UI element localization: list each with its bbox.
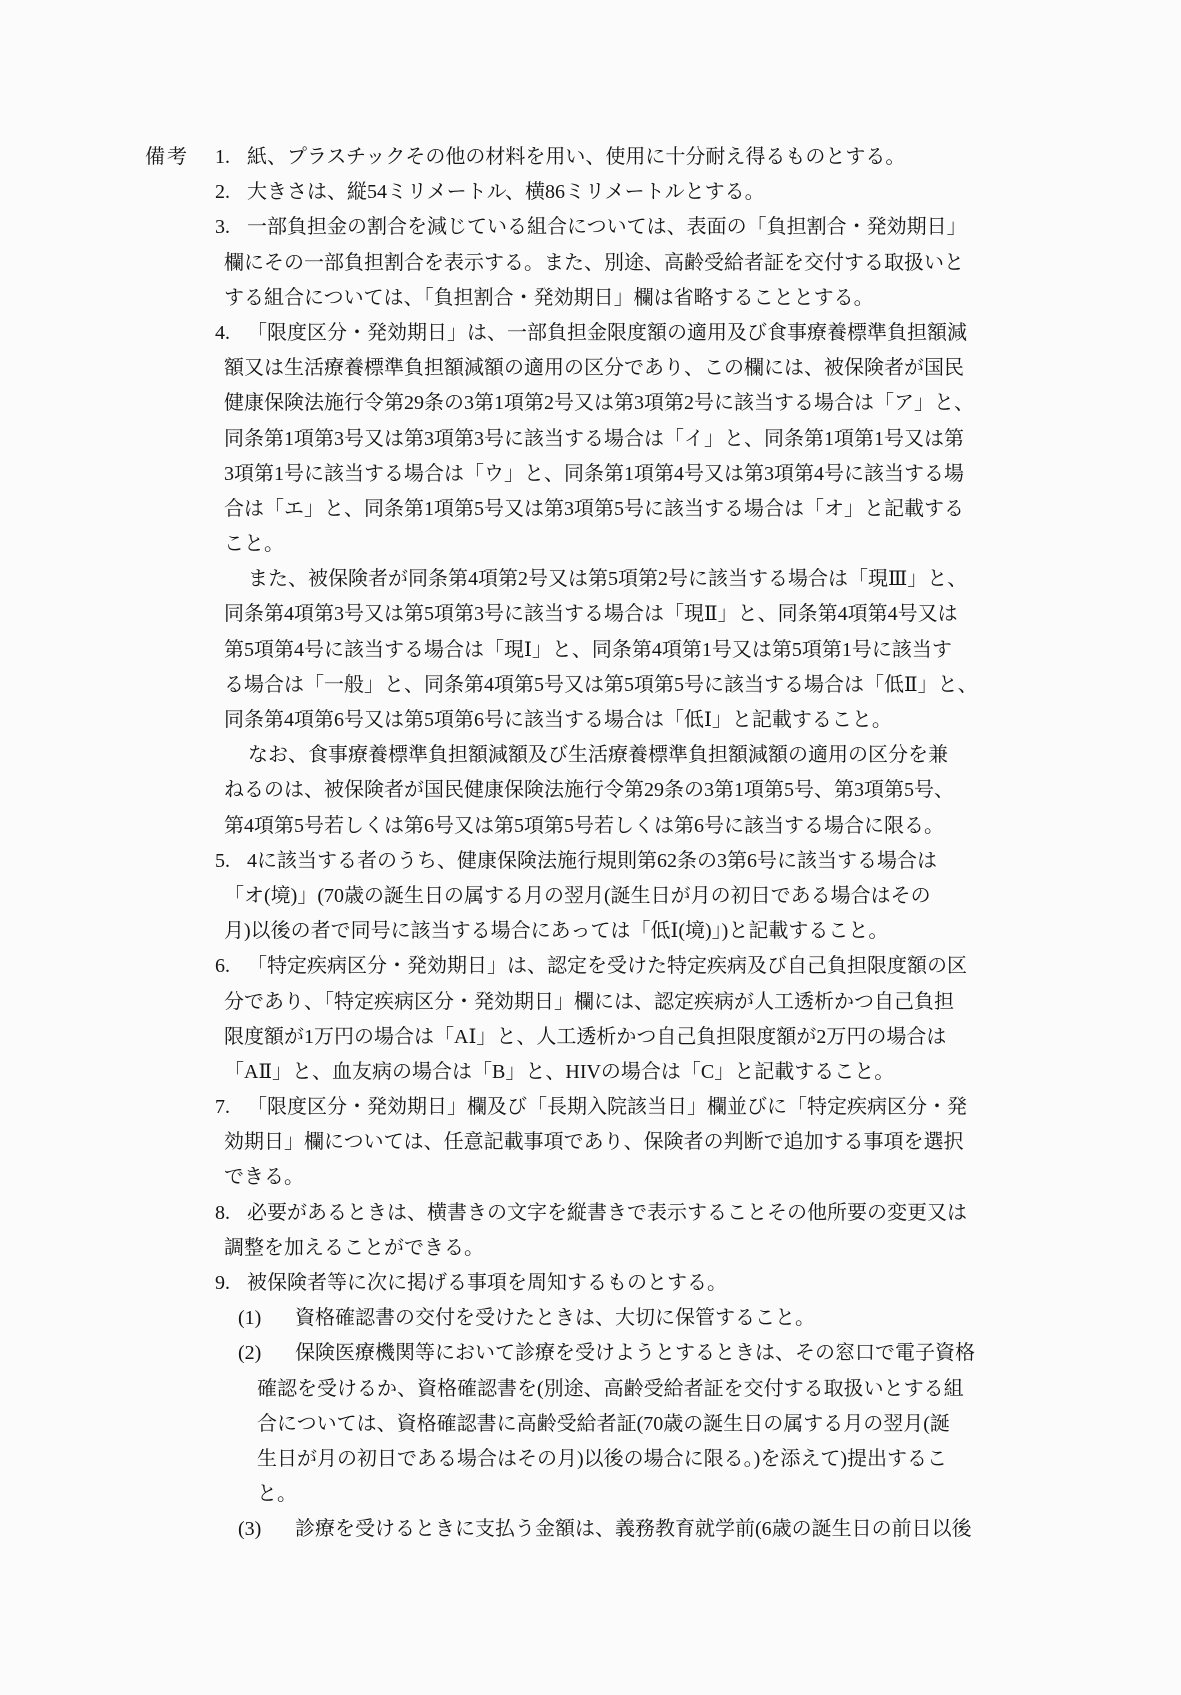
line-text: する組合については、「負担割合・発効期日」欄は省略することとする。 xyxy=(224,287,874,309)
line-text: 限度額が1万円の場合は「AⅠ」と、人工透析かつ自己負担限度額が2万円の場合は xyxy=(224,1026,946,1048)
line-text: 「限度区分・発効期日」は、一部負担金限度額の適用及び食事療養標準負担額減 xyxy=(247,322,967,344)
line-text: 必要があるときは、横書きの文字を縦書きで表示することその他所要の変更又は xyxy=(247,1202,967,1224)
text-line: (1)資格確認書の交付を受けたときは、大切に保管すること。 xyxy=(238,1301,1181,1336)
line-text: 分であり、「特定疾病区分・発効期日」欄には、認定疾病が人工透析かつ自己負担 xyxy=(224,991,954,1013)
text-line: 効期日」欄については、任意記載事項であり、保険者の判断で追加する事項を選択 xyxy=(224,1125,1181,1160)
line-text: 合については、資格確認書に高齢受給者証(70歳の誕生日の属する月の翌月(誕 xyxy=(257,1413,950,1435)
text-line: 9.被保険者等に次に掲げる事項を周知するものとする。 xyxy=(215,1266,1181,1301)
text-line: 3.一部負担金の割合を減じている組合については、表面の「負担割合・発効期日」 xyxy=(215,210,1181,245)
text-line: 調整を加えることができる。 xyxy=(224,1231,1181,1266)
text-line: 「AⅡ」と、血友病の場合は「B」と、HIVの場合は「C」と記載すること。 xyxy=(224,1055,1181,1090)
item-number: (2) xyxy=(238,1336,295,1371)
text-line: 7.「限度区分・発効期日」欄及び「長期入院該当日」欄並びに「特定疾病区分・発 xyxy=(215,1090,1181,1125)
text-line: (3)診療を受けるときに支払う金額は、義務教育就学前(6歳の誕生日の前日以後 xyxy=(238,1512,1181,1547)
item-number: 3. xyxy=(215,210,247,245)
text-line: なお、食事療養標準負担額減額及び生活療養標準負担額減額の適用の区分を兼 xyxy=(248,738,1181,773)
line-text: 保険医療機関等において診療を受けようとするときは、その窓口で電子資格 xyxy=(295,1342,975,1364)
line-text: 「特定疾病区分・発効期日」は、認定を受けた特定疾病及び自己負担限度額の区 xyxy=(247,955,967,977)
line-text: できる。 xyxy=(224,1166,304,1188)
item-number: 6. xyxy=(215,949,247,984)
line-text: 合は「エ」と、同条第1項第5号又は第3項第5号に該当する場合は「オ」と記載する xyxy=(224,498,964,520)
text-line: 合は「エ」と、同条第1項第5号又は第3項第5号に該当する場合は「オ」と記載する xyxy=(224,492,1181,527)
text-line: ねるのは、被保険者が国民健康保険法施行令第29条の3第1項第5号、第3項第5号、 xyxy=(224,773,1181,808)
document-page: 備考 1.紙、プラスチックその他の材料を用い、使用に十分耐え得るものとする。2.… xyxy=(0,0,1181,1695)
text-line: 健康保険法施行令第29条の3第1項第2号又は第3項第2号に該当する場合は「ア」と… xyxy=(224,386,1181,421)
item-number: 7. xyxy=(215,1090,247,1125)
line-text: ねるのは、被保険者が国民健康保険法施行令第29条の3第1項第5号、第3項第5号、 xyxy=(224,779,954,801)
text-line: (2)保険医療機関等において診療を受けようとするときは、その窓口で電子資格 xyxy=(238,1336,1181,1371)
text-line: 同条第4項第3号又は第5項第3号に該当する場合は「現Ⅱ」と、同条第4項第4号又は xyxy=(224,597,1181,632)
text-line: できる。 xyxy=(224,1160,1181,1195)
line-text: 「限度区分・発効期日」欄及び「長期入院該当日」欄並びに「特定疾病区分・発 xyxy=(247,1096,967,1118)
text-line: また、被保険者が同条第4項第2号又は第5項第2号に該当する場合は「現Ⅲ」と、 xyxy=(248,562,1181,597)
item-number: (1) xyxy=(238,1301,295,1336)
text-line: 2.大きさは、縦54ミリメートル、横86ミリメートルとする。 xyxy=(215,175,1181,210)
line-text: 同条第4項第6号又は第5項第6号に該当する場合は「低Ⅰ」と記載すること。 xyxy=(224,709,892,731)
document-body: 1.紙、プラスチックその他の材料を用い、使用に十分耐え得るものとする。2.大きさ… xyxy=(0,140,1181,1548)
text-line: する組合については、「負担割合・発効期日」欄は省略することとする。 xyxy=(224,281,1181,316)
text-line: 同条第4項第6号又は第5項第6号に該当する場合は「低Ⅰ」と記載すること。 xyxy=(224,703,1181,738)
item-number: 4. xyxy=(215,316,247,351)
text-line: 6.「特定疾病区分・発効期日」は、認定を受けた特定疾病及び自己負担限度額の区 xyxy=(215,949,1181,984)
text-line: 月)以後の者で同号に該当する場合にあっては「低Ⅰ(境)」)と記載すること。 xyxy=(224,914,1181,949)
line-text: 健康保険法施行令第29条の3第1項第2号又は第3項第2号に該当する場合は「ア」と… xyxy=(224,392,974,414)
text-line: 欄にその一部負担割合を表示する。また、別途、高齢受給者証を交付する取扱いと xyxy=(224,246,1181,281)
text-line: 限度額が1万円の場合は「AⅠ」と、人工透析かつ自己負担限度額が2万円の場合は xyxy=(224,1020,1181,1055)
line-text: 確認を受けるか、資格確認書を(別途、高齢受給者証を交付する取扱いとする組 xyxy=(257,1378,964,1400)
text-line: 額又は生活療養標準負担額減額の適用の区分であり、この欄には、被保険者が国民 xyxy=(224,351,1181,386)
line-text: 生日が月の初日である場合はその月)以後の場合に限る。)を添えて)提出するこ xyxy=(257,1448,947,1470)
line-text: 「AⅡ」と、血友病の場合は「B」と、HIVの場合は「C」と記載すること。 xyxy=(224,1061,894,1083)
line-text: 欄にその一部負担割合を表示する。また、別途、高齢受給者証を交付する取扱いと xyxy=(224,252,964,274)
line-text: と。 xyxy=(257,1483,297,1505)
line-text: 被保険者等に次に掲げる事項を周知するものとする。 xyxy=(247,1272,727,1294)
line-text: 紙、プラスチックその他の材料を用い、使用に十分耐え得るものとする。 xyxy=(247,146,905,168)
item-number: 2. xyxy=(215,175,247,210)
text-line: 同条第1項第3号又は第3項第3号に該当する場合は「イ」と、同条第1項第1号又は第 xyxy=(224,422,1181,457)
line-text: 3項第1号に該当する場合は「ウ」と、同条第1項第4号又は第3項第4号に該当する場 xyxy=(224,463,964,485)
text-line: 1.紙、プラスチックその他の材料を用い、使用に十分耐え得るものとする。 xyxy=(215,140,1181,175)
item-number: 9. xyxy=(215,1266,247,1301)
line-text: 調整を加えることができる。 xyxy=(224,1237,484,1259)
line-text: る場合は「一般」と、同条第4項第5号又は第5項第5号に該当する場合は「低Ⅱ」と、 xyxy=(224,674,978,696)
item-number: 8. xyxy=(215,1196,247,1231)
item-number: 1. xyxy=(215,140,247,175)
line-text: 資格確認書の交付を受けたときは、大切に保管すること。 xyxy=(295,1307,815,1329)
line-text: また、被保険者が同条第4項第2号又は第5項第2号に該当する場合は「現Ⅲ」と、 xyxy=(248,568,967,590)
text-line: 分であり、「特定疾病区分・発効期日」欄には、認定疾病が人工透析かつ自己負担 xyxy=(224,985,1181,1020)
line-text: 診療を受けるときに支払う金額は、義務教育就学前(6歳の誕生日の前日以後 xyxy=(295,1518,972,1540)
line-text: なお、食事療養標準負担額減額及び生活療養標準負担額減額の適用の区分を兼 xyxy=(248,744,948,766)
text-line: 5.4に該当する者のうち、健康保険法施行規則第62条の3第6号に該当する場合は xyxy=(215,844,1181,879)
line-text: 効期日」欄については、任意記載事項であり、保険者の判断で追加する事項を選択 xyxy=(224,1131,964,1153)
line-text: 月)以後の者で同号に該当する場合にあっては「低Ⅰ(境)」)と記載すること。 xyxy=(224,920,888,942)
line-text: 大きさは、縦54ミリメートル、横86ミリメートルとする。 xyxy=(247,181,765,203)
text-line: 4.「限度区分・発効期日」は、一部負担金限度額の適用及び食事療養標準負担額減 xyxy=(215,316,1181,351)
item-number: (3) xyxy=(238,1512,295,1547)
text-line: と。 xyxy=(257,1477,1181,1512)
text-line: る場合は「一般」と、同条第4項第5号又は第5項第5号に該当する場合は「低Ⅱ」と、 xyxy=(224,668,1181,703)
line-text: 同条第1項第3号又は第3項第3号に該当する場合は「イ」と、同条第1項第1号又は第 xyxy=(224,428,964,450)
line-text: 第4項第5号若しくは第6号又は第5項第5号若しくは第6号に該当する場合に限る。 xyxy=(224,815,944,837)
text-line: 合については、資格確認書に高齢受給者証(70歳の誕生日の属する月の翌月(誕 xyxy=(257,1407,1181,1442)
text-line: 第4項第5号若しくは第6号又は第5項第5号若しくは第6号に該当する場合に限る。 xyxy=(224,809,1181,844)
line-text: 「オ(境)」(70歳の誕生日の属する月の翌月(誕生日が月の初日である場合はその xyxy=(224,885,931,907)
line-text: 一部負担金の割合を減じている組合については、表面の「負担割合・発効期日」 xyxy=(247,216,967,238)
text-line: 生日が月の初日である場合はその月)以後の場合に限る。)を添えて)提出するこ xyxy=(257,1442,1181,1477)
text-line: 8.必要があるときは、横書きの文字を縦書きで表示することその他所要の変更又は xyxy=(215,1196,1181,1231)
text-line: 3項第1号に該当する場合は「ウ」と、同条第1項第4号又は第3項第4号に該当する場 xyxy=(224,457,1181,492)
text-line: 確認を受けるか、資格確認書を(別途、高齢受給者証を交付する取扱いとする組 xyxy=(257,1372,1181,1407)
text-line: 「オ(境)」(70歳の誕生日の属する月の翌月(誕生日が月の初日である場合はその xyxy=(224,879,1181,914)
line-text: 第5項第4号に該当する場合は「現Ⅰ」と、同条第4項第1号又は第5項第1号に該当す xyxy=(224,639,952,661)
text-line: 第5項第4号に該当する場合は「現Ⅰ」と、同条第4項第1号又は第5項第1号に該当す xyxy=(224,633,1181,668)
line-text: こと。 xyxy=(224,533,284,555)
line-text: 同条第4項第3号又は第5項第3号に該当する場合は「現Ⅱ」と、同条第4項第4号又は xyxy=(224,603,958,625)
line-text: 額又は生活療養標準負担額減額の適用の区分であり、この欄には、被保険者が国民 xyxy=(224,357,964,379)
line-text: 4に該当する者のうち、健康保険法施行規則第62条の3第6号に該当する場合は xyxy=(247,850,937,872)
item-number: 5. xyxy=(215,844,247,879)
text-line: こと。 xyxy=(224,527,1181,562)
